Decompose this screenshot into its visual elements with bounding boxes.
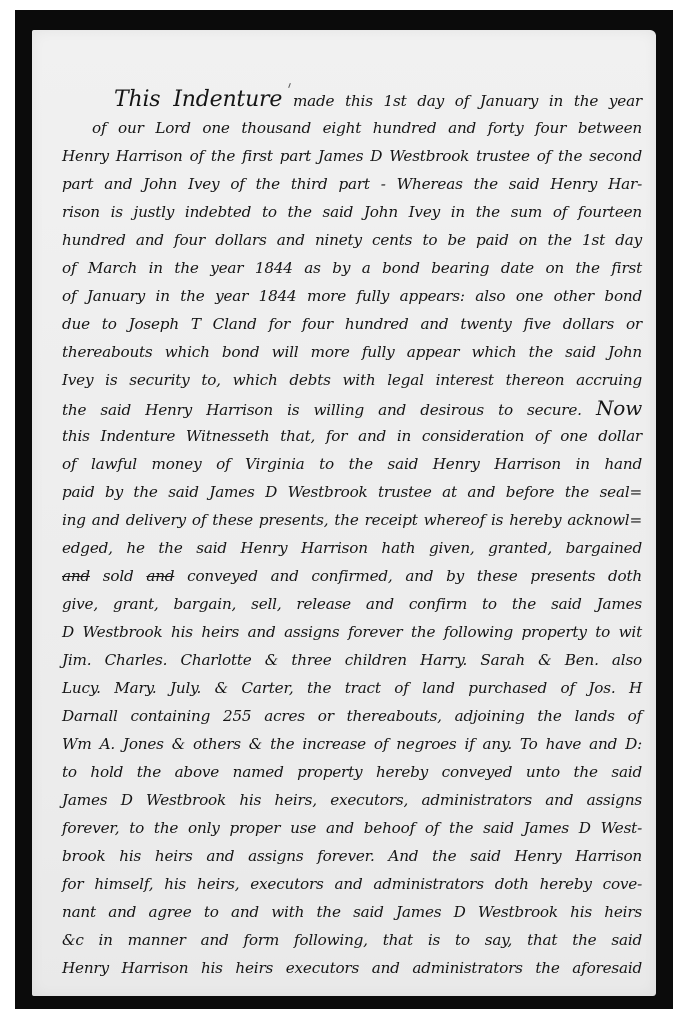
manuscript-line-5: rison is justly indebted to the said Joh…	[62, 198, 642, 226]
manuscript-line-10: thereabouts which bond will more fully a…	[62, 338, 642, 366]
manuscript-line-27: forever, to the only proper use and beho…	[62, 814, 642, 842]
margin-mark: D:	[625, 735, 642, 753]
manuscript-line-2: of our Lord one thousand eight hundred a…	[92, 114, 642, 142]
manuscript-line-23: Darnall containing 255 acres or thereabo…	[62, 702, 642, 730]
manuscript-line-16: ing and delivery of these presents, the …	[62, 506, 642, 534]
manuscript-line-32: Henry Harrison his heirs executors and a…	[62, 954, 642, 982]
manuscript-line-15: paid by the said James D Westbrook trust…	[62, 478, 642, 506]
manuscript-line-31: &c in manner and form following, that is…	[62, 926, 642, 954]
manuscript-line-30: nant and agree to and with the said Jame…	[62, 898, 642, 926]
manuscript-line-25: to hold the above named property hereby …	[62, 758, 642, 786]
now-word: Now	[596, 396, 642, 420]
struck-word: and	[146, 567, 174, 585]
manuscript-line-7: of March in the year 1844 as by a bond b…	[62, 254, 642, 282]
manuscript-line-28: brook his heirs and assigns forever. And…	[62, 842, 642, 870]
line-text: conveyed and confirmed, and by these pre…	[187, 567, 642, 585]
manuscript-line-24: Wm A. Jones & others & the increase of n…	[62, 730, 642, 758]
manuscript-line-6: hundred and four dollars and ninety cent…	[62, 226, 642, 254]
manuscript-line-19: give, grant, bargain, sell, release and …	[62, 590, 642, 618]
manuscript-line-3: Henry Harrison of the first part James D…	[62, 142, 642, 170]
line-text: sold	[103, 567, 134, 585]
manuscript-line-20: D Westbrook his heirs and assigns foreve…	[62, 618, 642, 646]
line-text: the said Henry Harrison is willing and d…	[62, 401, 582, 419]
manuscript-line-17: edged, he the said Henry Harrison hath g…	[62, 534, 642, 562]
manuscript-line-13: this Indenture Witnesseth that, for and …	[62, 422, 642, 450]
manuscript-line-11: Ivey is security to, which debts with le…	[62, 366, 642, 394]
indenture-title: This Indenture	[114, 87, 282, 112]
manuscript-line-8: of January in the year 1844 more fully a…	[62, 282, 642, 310]
manuscript-line-1: This Indenture made this 1st day of Janu…	[114, 86, 642, 114]
manuscript-line-22: Lucy. Mary. July. & Carter, the tract of…	[62, 674, 642, 702]
manuscript-line-14: of lawful money of Virginia to the said …	[62, 450, 642, 478]
manuscript-line-29: for himself, his heirs, executors and ad…	[62, 870, 642, 898]
manuscript-line-26: James D Westbrook his heirs, executors, …	[62, 786, 642, 814]
line-text: made this 1st day of January in the year	[293, 92, 642, 110]
line-text: Wm A. Jones & others & the increase of n…	[62, 735, 617, 753]
manuscript-line-12: the said Henry Harrison is willing and d…	[62, 394, 642, 422]
manuscript-body: This Indenture made this 1st day of Janu…	[32, 30, 656, 996]
manuscript-line-18: and sold and conveyed and confirmed, and…	[62, 562, 642, 590]
struck-word: and	[62, 567, 90, 585]
manuscript-line-21: Jim. Charles. Charlotte & three children…	[62, 646, 642, 674]
manuscript-line-9: due to Joseph T Cland for four hundred a…	[62, 310, 642, 338]
manuscript-page: This Indenture made this 1st day of Janu…	[32, 30, 656, 996]
manuscript-line-4: part and John Ivey of the third part - W…	[62, 170, 642, 198]
